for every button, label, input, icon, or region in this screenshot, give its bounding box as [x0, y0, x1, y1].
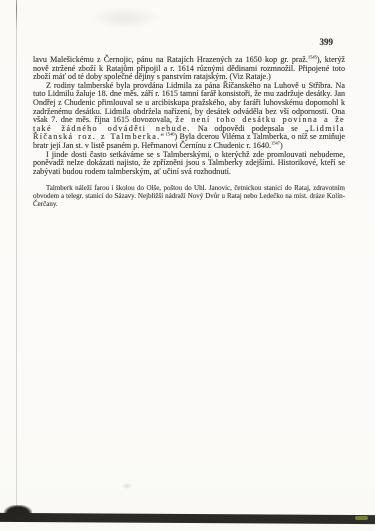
paragraph-1: lavu Malešickému z Černojic, pánu na Rat… — [33, 56, 345, 82]
paragraph-2: Z rodiny talmberské byla provdána Lidmil… — [33, 82, 345, 151]
footnote-marker: 1547 — [271, 140, 280, 145]
text-run: Talmberk náleží farou i školou do Olše, … — [33, 184, 345, 208]
text-run: I jinde dosti často setkáváme se s Talmb… — [33, 150, 345, 176]
scan-artifact-green — [355, 516, 368, 520]
body-text-block: lavu Malešickému z Černojic, pánu na Rat… — [33, 56, 345, 209]
paragraph-3: I jinde dosti často setkáváme se s Talmb… — [33, 151, 345, 177]
footnote-marker: 1546 — [166, 132, 175, 137]
page-gutter-line — [16, 0, 17, 514]
scan-smudge — [122, 483, 132, 489]
paragraph-4-small-print: Talmberk náleží farou i školou do Olše, … — [33, 185, 345, 209]
footnote-marker: 1545 — [308, 54, 317, 59]
page-number: 399 — [320, 37, 334, 47]
scan-smudge — [90, 6, 160, 30]
scan-edge-shadow — [0, 513, 375, 524]
scanned-book-page: 399 lavu Malešickému z Černojic, pánu na… — [0, 0, 375, 531]
